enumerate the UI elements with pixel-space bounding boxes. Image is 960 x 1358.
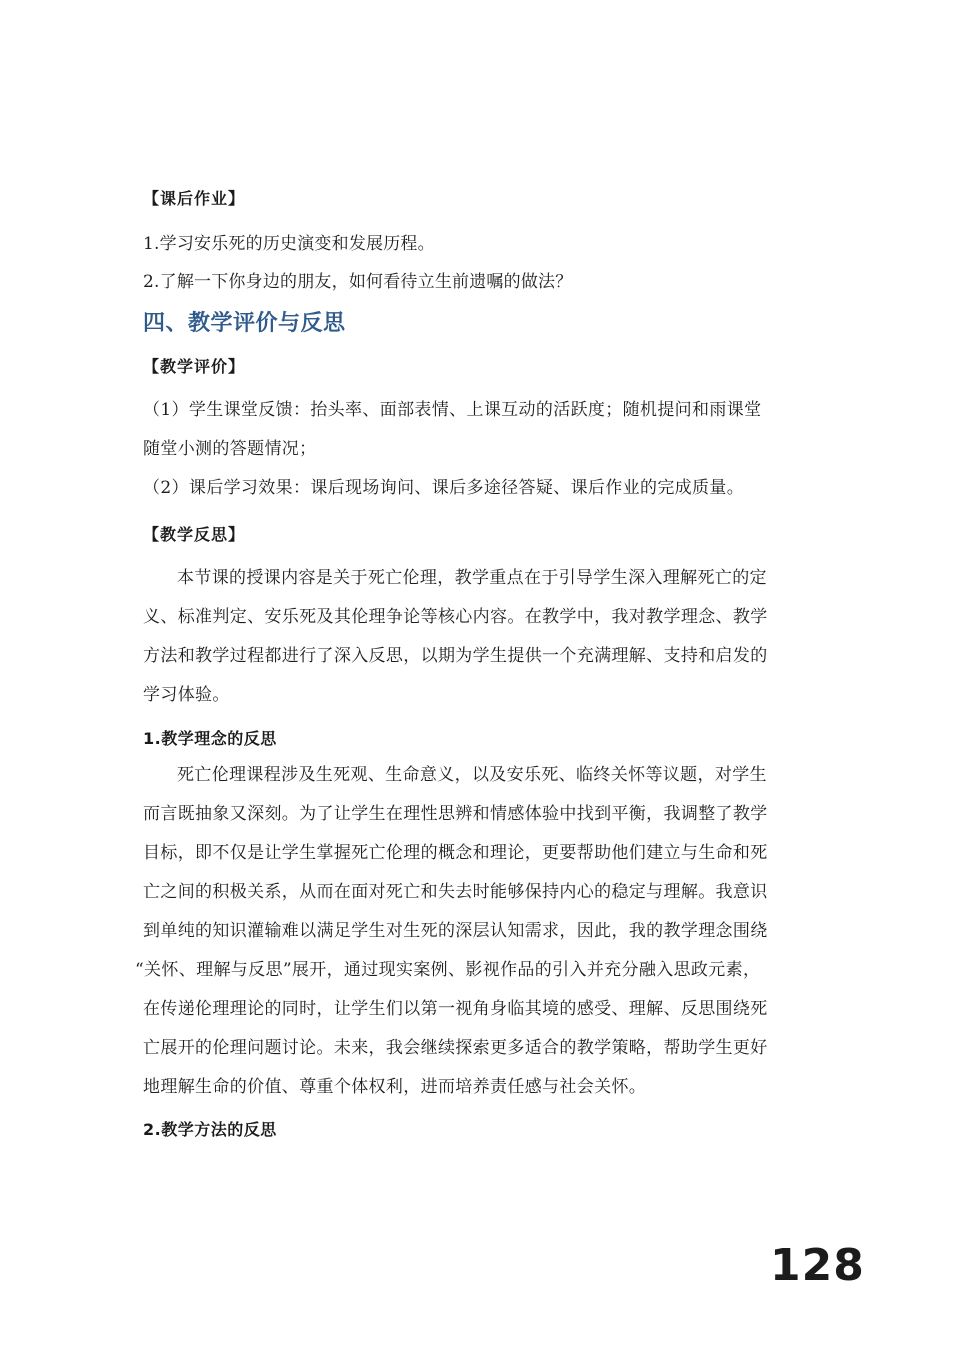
text-line: 学习体验。 [143,676,823,715]
text-line: “关怀、理解与反思”展开，通过现实案例、影视作品的引入并充分融入思政元素， [135,951,823,990]
text-line: （1）学生课堂反馈：抬头率、面部表情、上课互动的活跃度；随机提问和雨课堂 [143,391,823,430]
text-line: 亡之间的积极关系，从而在面对死亡和失去时能够保持内心的稳定与理解。我意识 [143,873,823,912]
evaluation-item-2: （2）课后学习效果：课后现场询问、课后多途径答疑、课后作业的完成质量。 [143,469,823,508]
text-line: 在传递伦理理论的同时，让学生们以第一视角身临其境的感受、理解、反思围绕死 [143,990,823,1029]
text-line: 地理解生命的价值、尊重个体权利，进而培养责任感与社会关怀。 [143,1068,823,1107]
reflection-heading: 【教学反思】 [143,522,823,545]
homework-item-1: 1.学习安乐死的历史演变和发展历程。 [143,234,823,254]
evaluation-heading: 【教学评价】 [143,354,823,377]
text-line: 本节课的授课内容是关于死亡伦理，教学重点在于引导学生深入理解死亡的定 [143,559,823,598]
document-page: 【课后作业】 1.学习安乐死的历史演变和发展历程。 2.了解一下你身边的朋友，如… [0,0,960,1358]
text-line: 亡展开的伦理问题讨论。未来，我会继续探索更多适合的教学策略，帮助学生更好 [143,1029,823,1068]
text-line: 死亡伦理课程涉及生死观、生命意义，以及安乐死、临终关怀等议题，对学生 [143,756,823,795]
text-line: 义、标准判定、安乐死及其伦理争论等核心内容。在教学中，我对教学理念、教学 [143,598,823,637]
evaluation-item-1: （1）学生课堂反馈：抬头率、面部表情、上课互动的活跃度；随机提问和雨课堂 随堂小… [143,391,823,469]
philosophy-paragraph: 死亡伦理课程涉及生死观、生命意义，以及安乐死、临终关怀等议题，对学生 而言既抽象… [143,756,823,1107]
subsection-heading-1: 1.教学理念的反思 [143,726,823,749]
text-line: 随堂小测的答题情况； [143,430,823,469]
text-line: 目标，即不仅是让学生掌握死亡伦理的概念和理论，更要帮助他们建立与生命和死 [143,834,823,873]
text-line: （2）课后学习效果：课后现场询问、课后多途径答疑、课后作业的完成质量。 [143,469,823,508]
text-line: 而言既抽象又深刻。为了让学生在理性思辨和情感体验中找到平衡，我调整了教学 [143,795,823,834]
text-line: 方法和教学过程都进行了深入反思，以期为学生提供一个充满理解、支持和启发的 [143,637,823,676]
subsection-heading-2: 2.教学方法的反思 [143,1117,823,1140]
page-number: 128 [770,1240,865,1291]
homework-heading: 【课后作业】 [143,186,823,209]
text-line: 到单纯的知识灌输难以满足学生对生死的深层认知需求，因此，我的教学理念围绕 [143,912,823,951]
section-title: 四、教学评价与反思 [143,306,823,337]
homework-item-2: 2.了解一下你身边的朋友，如何看待立生前遗嘱的做法？ [143,272,823,292]
reflection-intro-paragraph: 本节课的授课内容是关于死亡伦理，教学重点在于引导学生深入理解死亡的定 义、标准判… [143,559,823,715]
